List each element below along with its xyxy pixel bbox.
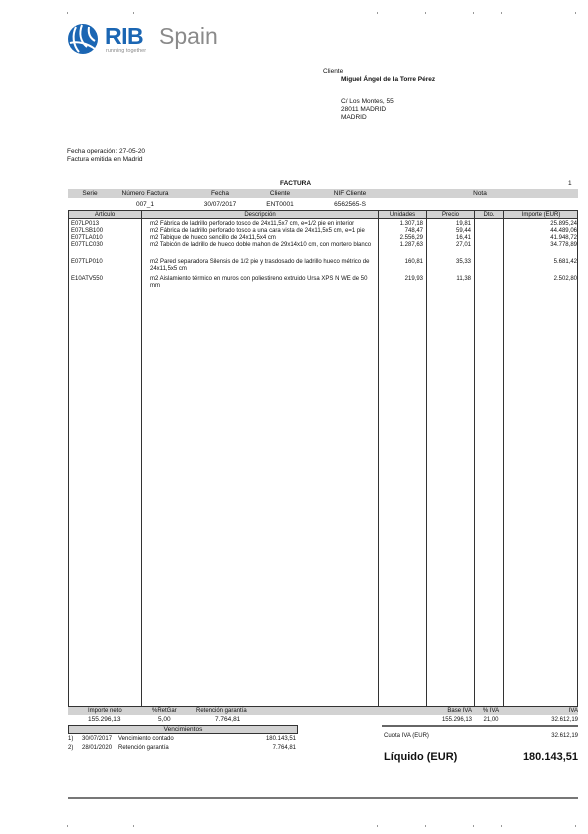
crop-mark [377, 12, 378, 14]
logo-rib-text: RIB [105, 24, 143, 48]
crop-mark [473, 12, 474, 14]
totals-header-base-iva: Base IVA [431, 707, 472, 715]
cuota-iva-value: 32.612,19 [520, 733, 578, 739]
col-header-unidades: Unidades [379, 211, 426, 219]
totals-header-retgar: %RetGar [152, 707, 177, 715]
header-serie: Serie [70, 190, 110, 197]
crop-mark [575, 825, 576, 827]
venc-concept: Retención garantía [118, 744, 169, 752]
crop-mark [575, 12, 576, 14]
col-divider [426, 211, 427, 706]
crop-mark [133, 825, 134, 827]
company-logo: RIB Spain running together [67, 20, 237, 54]
col-divider [378, 211, 379, 706]
items-table: Artículo Descripción Unidades Precio Dto… [68, 210, 578, 707]
liquido-value: 180.143,51 [490, 751, 578, 763]
cell-unidades: 160,81 [381, 259, 423, 266]
address-line: C/ Los Montes, 55 [341, 98, 394, 106]
totals-header-retencion: Retención garantía [196, 707, 247, 715]
totals-pct-iva: 21,00 [476, 716, 506, 724]
crop-mark [425, 12, 426, 14]
address-line: 28011 MADRID [341, 106, 394, 114]
venc-date: 30/07/2017 [82, 735, 112, 743]
crop-mark [473, 825, 474, 827]
venc-date: 28/01/2020 [82, 744, 112, 752]
venc-num: 2) [68, 744, 73, 752]
crop-mark [501, 825, 502, 827]
totals-iva: 32.612,19 [520, 716, 578, 724]
cuota-iva-label: Cuota IVA (EUR) [384, 733, 429, 739]
crop-mark [67, 12, 68, 14]
cell-descripcion: m2 Tabicón de ladrillo de hueco doble ma… [150, 242, 377, 249]
cell-articulo: E10ATV550 [71, 276, 141, 283]
liquido-label: Líquido (EUR) [384, 751, 457, 763]
col-header-dto: Dto. [475, 211, 503, 219]
col-divider [474, 211, 475, 706]
cell-importe: 34.778,89 [515, 242, 577, 249]
rib-globe-icon [67, 23, 99, 55]
vencimientos-title: Vencimientos [68, 725, 298, 734]
header-nif: NIF Cliente [325, 190, 375, 197]
header-fecha: Fecha [195, 190, 245, 197]
logo-spain-text: Spain [159, 24, 218, 48]
venc-concept: Vencimiento contado [118, 735, 174, 743]
cell-articulo: E07TLP010 [71, 259, 141, 266]
cell-precio: 35,33 [429, 259, 471, 266]
cell-importe: 2.502,80 [515, 276, 577, 283]
header-cliente: Cliente [255, 190, 305, 197]
totals-retgar: 5,00 [158, 716, 171, 724]
crop-mark [67, 825, 68, 827]
cell-descripcion: m2 Aislamiento térmico en muros con poli… [150, 276, 377, 290]
col-header-precio: Precio [427, 211, 474, 219]
col-header-importe: Importe (EUR) [504, 211, 578, 219]
col-header-descripcion: Descripción [142, 211, 378, 219]
operation-date: Fecha operación: 27-05-20 [67, 148, 145, 156]
venc-num: 1) [68, 735, 73, 743]
logo-tagline: running together [106, 48, 146, 54]
cell-articulo: E07TLC030 [71, 242, 141, 249]
totals-header-iva: IVA [540, 707, 578, 715]
value-cliente: ENT0001 [255, 201, 305, 208]
iva-divider [382, 725, 578, 727]
col-header-articulo: Artículo [69, 211, 141, 219]
value-fecha: 30/07/2017 [195, 201, 245, 208]
issued-location: Factura emitida en Madrid [67, 156, 145, 164]
header-numero: Número Factura [115, 190, 175, 197]
crop-mark [425, 825, 426, 827]
totals-importe-neto: 155.296,13 [88, 716, 121, 724]
crop-mark [377, 825, 378, 827]
cell-importe: 5.681,42 [515, 259, 577, 266]
venc-amount: 7.764,81 [238, 744, 296, 752]
value-nif: 6562565-S [325, 201, 375, 208]
totals-retencion: 7.764,81 [215, 716, 240, 724]
client-address: C/ Los Montes, 55 28011 MADRID MADRID [341, 98, 394, 123]
cell-unidades: 1.287,63 [381, 242, 423, 249]
page-number: 1 [568, 180, 572, 187]
cell-descripcion: m2 Pared separadora Silensis de 1/2 pie … [150, 259, 377, 273]
totals-header-pct-iva: % IVA [476, 707, 506, 715]
crop-mark [501, 12, 502, 14]
cell-precio: 11,38 [429, 276, 471, 283]
totals-header-importe-neto: Importe neto [88, 707, 122, 715]
operation-info: Fecha operación: 27-05-20 Factura emitid… [67, 148, 145, 164]
value-numero: 007_1 [125, 201, 165, 208]
col-divider [503, 211, 504, 706]
address-line: MADRID [341, 114, 394, 122]
client-label: Cliente [323, 68, 343, 75]
col-divider [141, 211, 142, 706]
invoice-title: FACTURA [280, 180, 311, 187]
cell-precio: 27,01 [429, 242, 471, 249]
header-nota: Nota [460, 190, 500, 197]
footer-divider [68, 797, 578, 799]
client-name: Miguel Ángel de la Torre Pérez [341, 76, 435, 83]
venc-amount: 180.143,51 [238, 735, 296, 743]
totals-base-iva: 155.296,13 [420, 716, 472, 724]
crop-mark [133, 12, 134, 14]
cell-unidades: 219,93 [381, 276, 423, 283]
